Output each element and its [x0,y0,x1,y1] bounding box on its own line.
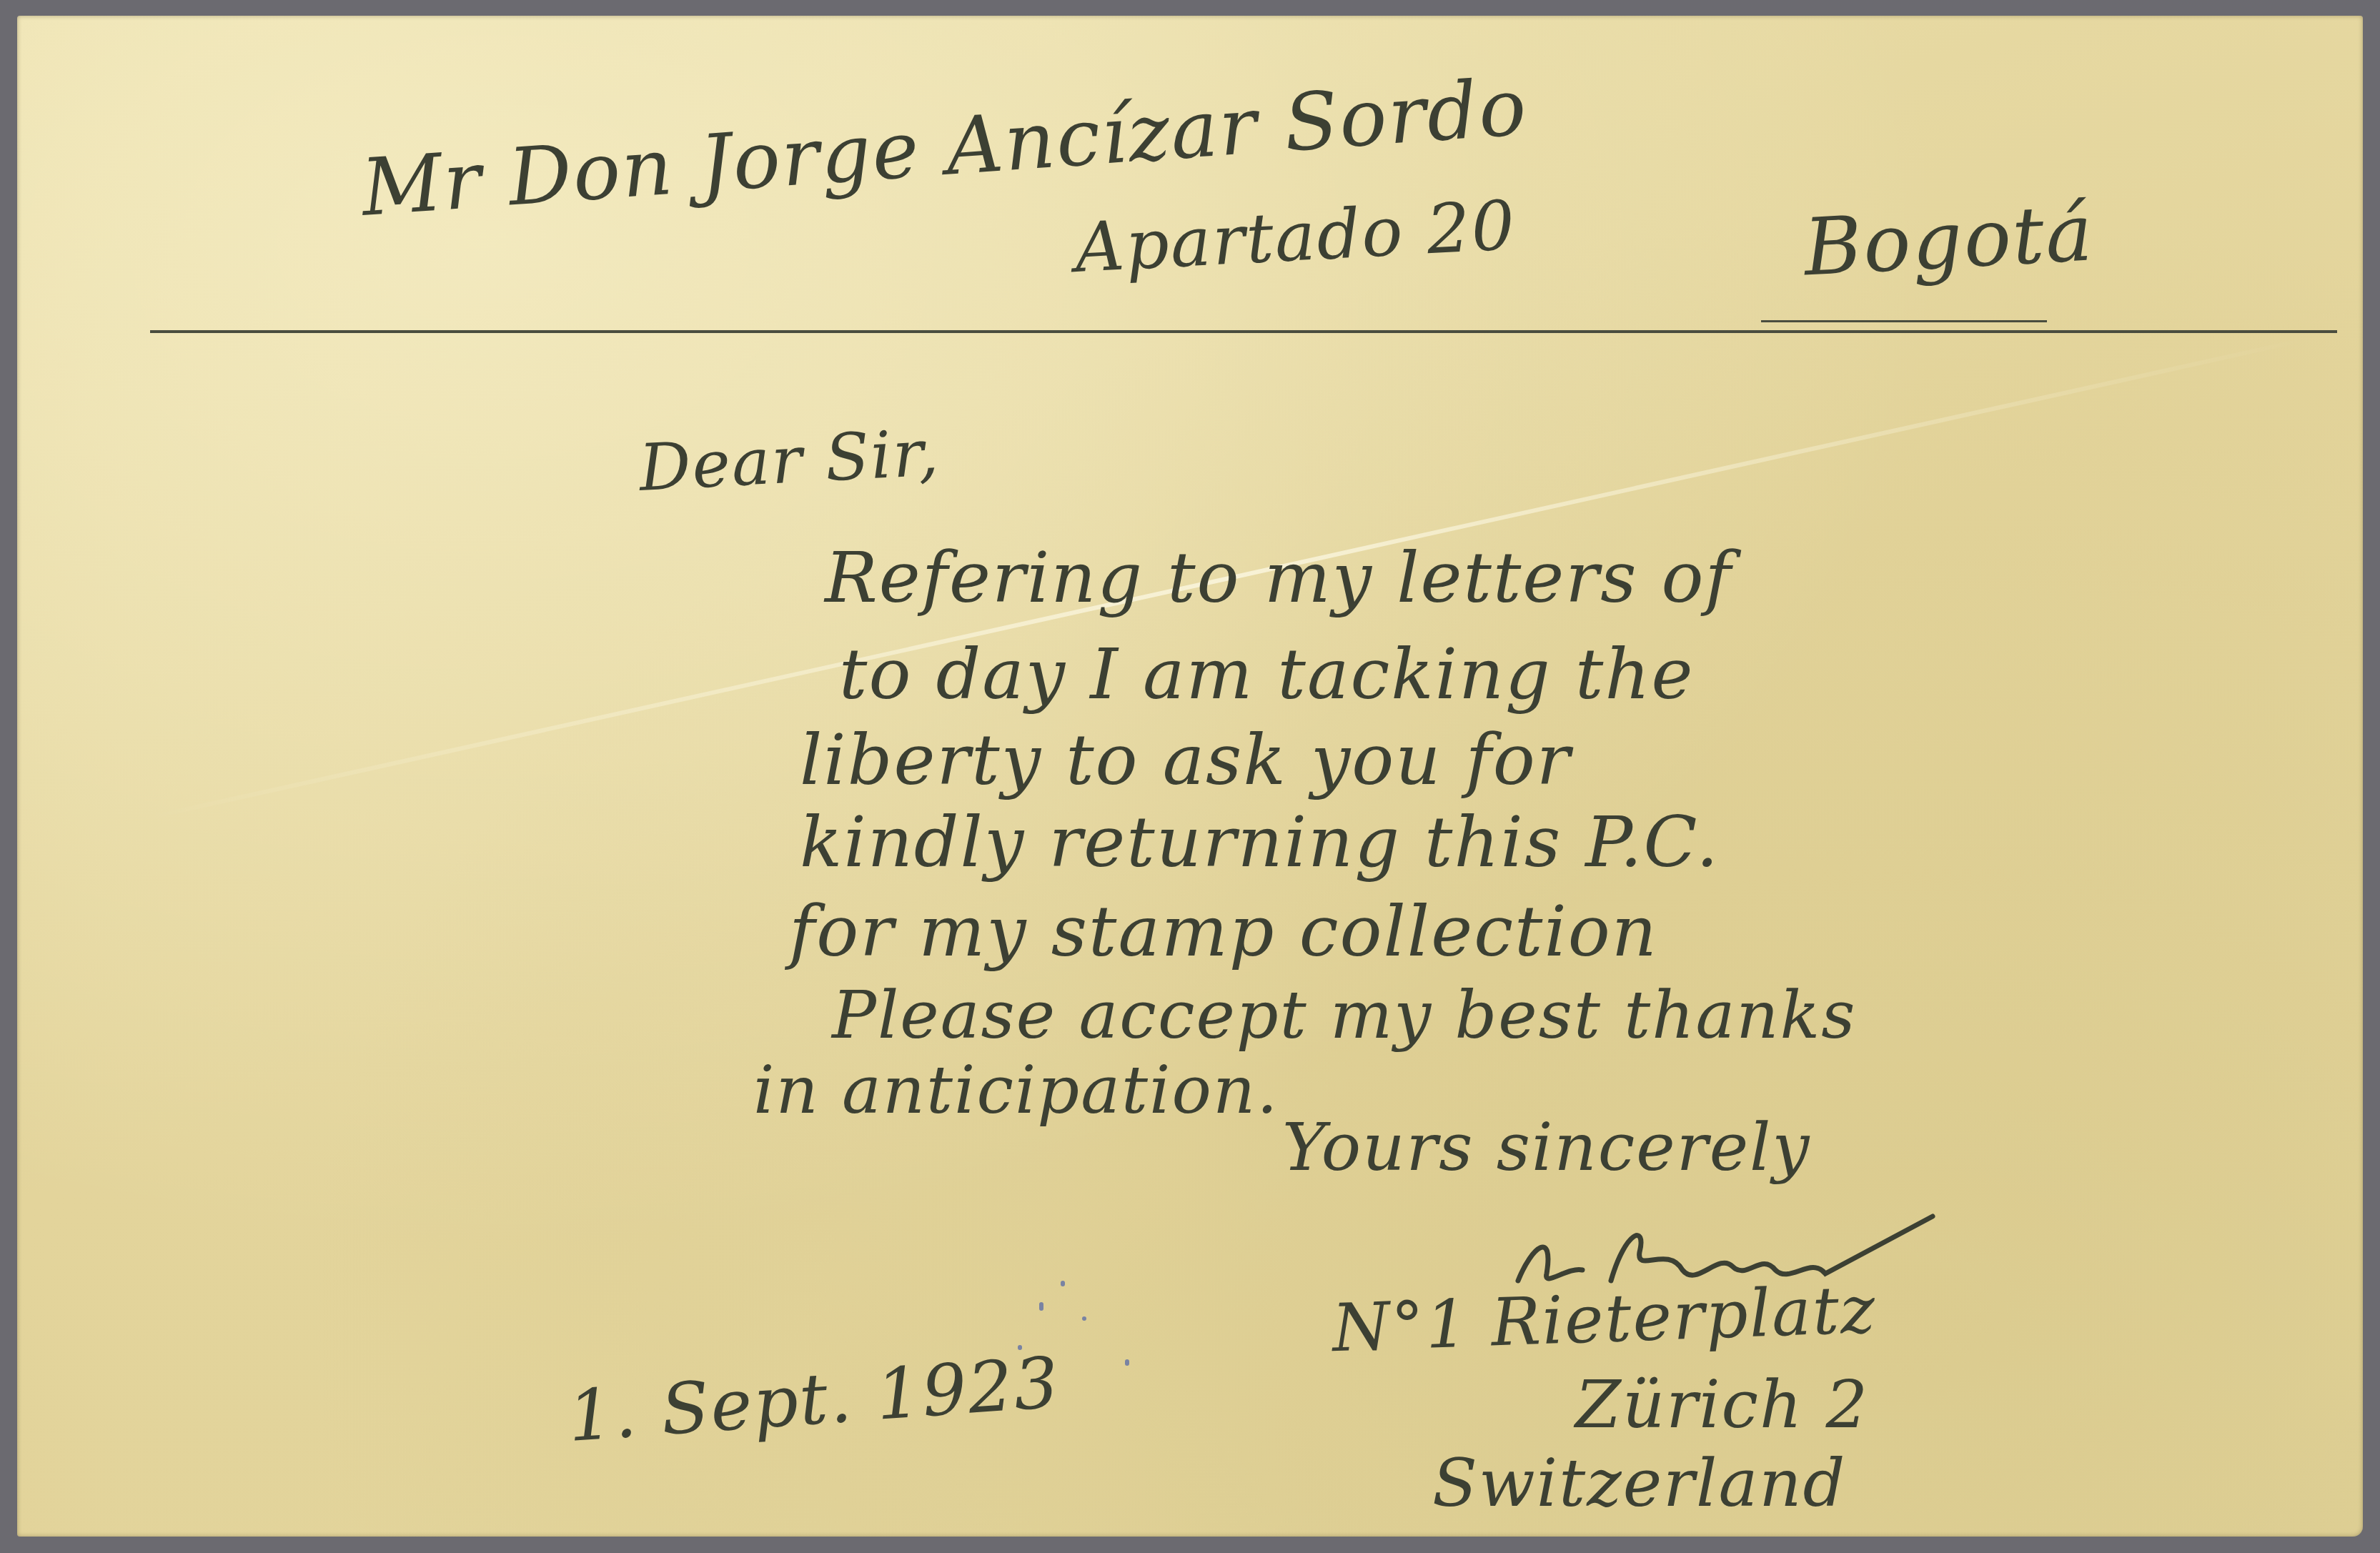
postmark-trace [1082,1316,1086,1321]
city-underline [1761,320,2047,322]
message-line-2: to day I am tacking the [839,634,1695,715]
letter-date: 1. Sept. 1923 [565,1342,1063,1458]
postcard: Mr Don Jorge Ancízar Sordo Apartado 20 B… [17,16,2363,1537]
closing: Yours sincerely [1282,1109,1811,1186]
sender-address-line-3: Switzerland [1432,1445,1846,1522]
recipient-street: Apartado 20 [1074,187,1518,288]
sender-address-line-2: Zürich 2 [1575,1366,1869,1443]
address-rule [150,330,2337,333]
postmark-trace [1039,1302,1043,1311]
postmark-trace [1018,1345,1022,1350]
recipient-city: Bogotá [1802,187,2096,293]
message-line-7: in anticipation. [753,1052,1279,1128]
message-line-1: Refering to my letters of [825,537,1732,619]
salutation: Dear Sir, [638,415,942,506]
message-line-4: kindly returning this P.C. [800,802,1720,883]
message-line-6: Please accept my best thanks [832,977,1856,1053]
postmark-trace [1061,1281,1065,1286]
message-line-3: liberty to ask you for [800,720,1572,801]
sender-address-line-1: N°1 Rieterplatz [1331,1271,1878,1367]
message-line-5: for my stamp collection [789,891,1658,973]
postmark-trace [1125,1359,1129,1366]
